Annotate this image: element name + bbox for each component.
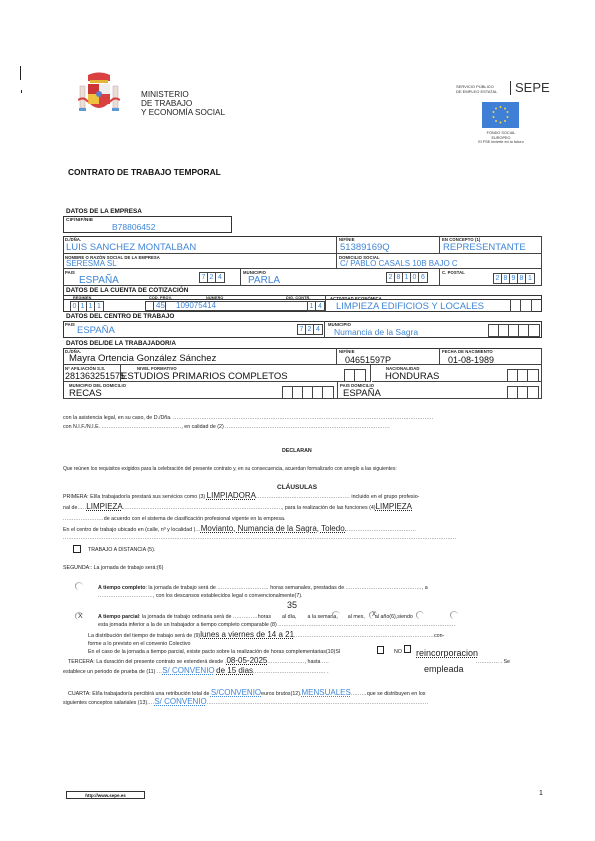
- dona-trabajador-field[interactable]: D./DÑA. Mayra Ortencia González Sánchez: [63, 348, 337, 365]
- digit: 8: [502, 274, 510, 283]
- ministry-name: MINISTERIO DE TRABAJO Y ECONOMÍA SOCIAL: [141, 90, 225, 117]
- primera-text: nal de: [63, 505, 77, 511]
- municipio-code-boxes: 2 8 1 0 6: [386, 272, 428, 283]
- field-label: NÚMERO: [206, 296, 223, 300]
- dotted-line: ........................................…: [63, 535, 456, 541]
- digit: 8: [395, 273, 403, 282]
- sepe-caption: SERVICIO PÚBLICO DE EMPLEO ESTATAL: [456, 84, 497, 94]
- field-value: ESTUDIOS PRIMARIOS COMPLETOS: [121, 371, 288, 382]
- field-value: SERESMA SL: [66, 259, 117, 268]
- sepe-line: DE EMPLEO ESTATAL: [456, 89, 497, 94]
- fse-caption: FONDO SOCIAL EUROPEO El FSE invierte en …: [478, 131, 524, 145]
- divider: [153, 301, 154, 311]
- digit: 8: [518, 274, 526, 283]
- cuarta-text: siguientes conceptos salariales (13): [63, 700, 147, 706]
- tercera-line1: TERCERA: La duración del presente contra…: [68, 656, 329, 665]
- cpostal-code-boxes: 2 8 9 8 1: [493, 273, 535, 284]
- eu-flag-icon: [482, 102, 519, 128]
- nif-asistencia-text: con N.I.F./N.I.E.: [63, 424, 100, 430]
- digit: 1: [79, 302, 87, 311]
- field-value: PARLA: [248, 275, 280, 286]
- margin-mark: [21, 90, 22, 93]
- digit: 0: [411, 273, 419, 282]
- paisdom-code-boxes: [507, 386, 539, 399]
- municipio-centro-field[interactable]: MUNICIPIO Numancia de la Sagra: [326, 321, 542, 338]
- ministry-line: DE TRABAJO: [141, 99, 225, 108]
- field-value: B78806452: [112, 222, 156, 232]
- fse-line: El FSE invierte en tu futuro: [478, 140, 524, 145]
- cif-field[interactable]: CIF/NIF/NIE B78806452: [63, 216, 232, 233]
- tercera-end: ............. . Se: [476, 659, 510, 665]
- field-label: CIF/NIF/NIE: [66, 218, 93, 223]
- centro-text: En el centro de trabajo ubicado en (call…: [63, 527, 195, 533]
- field-value: RECAS: [69, 388, 102, 399]
- nivel-formativo-field[interactable]: NIVEL FORMATIVO ESTUDIOS PRIMARIOS COMPL…: [121, 365, 371, 382]
- tercera-text: establece un periodo de prueba de (11): [63, 669, 155, 675]
- sepe-url-link[interactable]: http://www.sepe.es: [66, 791, 145, 799]
- parcial-line2: esta jornada inferior a la de un trabaja…: [98, 622, 455, 628]
- razon-social-field[interactable]: NOMBRE O RAZÓN SOCIAL DE LA EMPRESA SERE…: [63, 254, 337, 269]
- trabajo-distancia-label: TRABAJO A DISTANCIA (5).: [88, 547, 155, 553]
- fecha-hasta-value: reincorporacion: [416, 648, 478, 658]
- field-label: NIF/NIE: [339, 349, 355, 354]
- cpostal-field[interactable]: C. POSTAL 2 8 9 8 1: [440, 269, 542, 286]
- primera-text: ., para la realización de las funciones …: [280, 505, 375, 511]
- tiempo-completo-radio[interactable]: [75, 582, 83, 590]
- segunda-title: SEGUNDA:: La jornada de trabajo será:(6): [63, 565, 163, 571]
- cuenta-cotizacion-field[interactable]: RÉGIMEN 0 1 1 1 COD. PROV. 45 NÚMERO 109…: [63, 295, 326, 312]
- digit: 1: [87, 302, 95, 311]
- distribucion-text: con-: [434, 633, 444, 639]
- calidad-text: , en calidad de (2): [181, 424, 223, 430]
- nif-empresa-field[interactable]: NIF/NIE 51389169Q: [337, 236, 440, 254]
- checked-x-icon: X: [78, 613, 83, 620]
- retribucion-value: S/CONVENIO: [211, 688, 261, 697]
- field-value: LUIS SANCHEZ MONTALBAN: [66, 242, 196, 253]
- horas-value: 35: [287, 600, 297, 610]
- primera-line2: nal de.....LIMPIEZA.....................…: [63, 502, 412, 511]
- centro-value: Movianto, Numancia de la Sagra, Toledo.: [201, 524, 347, 533]
- coat-of-arms-icon: [78, 72, 120, 116]
- declaran-title: DECLARAN: [282, 448, 312, 454]
- parcial-line1: A tiempo parcial: la jornada de trabajo …: [98, 614, 413, 620]
- digit: 4: [316, 302, 324, 311]
- clausulas-title: CLÁUSULAS: [277, 484, 317, 491]
- pais-domicilio-field[interactable]: PAIS DOMICILIO ESPAÑA: [338, 382, 542, 399]
- completo-line2: ..............................., con los…: [98, 593, 303, 599]
- grupo-value: LIMPIEZA: [86, 502, 122, 511]
- pais-code-boxes: 7 2 4: [297, 324, 323, 335]
- cuarta-line2: siguientes conceptos salariales (13)....…: [63, 697, 428, 706]
- municipio-code-boxes: [488, 324, 540, 337]
- primera-line3: .......................de acuerdo con el…: [63, 516, 285, 522]
- cuarta-line1: CUARTA: El/la trabajador/a percibirá una…: [68, 688, 425, 697]
- periodo-pago-value: MENSUALES: [302, 688, 351, 697]
- ministry-line: MINISTERIO: [141, 90, 225, 99]
- declaran-text: Que reúnen los requisitos exigidos para …: [63, 466, 397, 472]
- regimen-code-boxes: 0 1 1 1: [70, 301, 104, 312]
- digit: 2: [387, 273, 395, 282]
- tercera-text: TERCERA: La duración del presente contra…: [68, 659, 223, 665]
- ministry-line: Y ECONOMÍA SOCIAL: [141, 108, 225, 117]
- al-anio-radio[interactable]: [450, 611, 458, 619]
- parcial-text: horas: [258, 614, 271, 620]
- sepe-logo: SEPE: [515, 80, 550, 95]
- field-value: ESPAÑA: [77, 325, 115, 336]
- tercera-text: . Se: [501, 659, 510, 665]
- numero-box: [145, 301, 325, 311]
- primera-text: PRIMERA: El/la trabajador/a prestará sus…: [63, 494, 205, 500]
- asistencia-text: con la asistencia legal, en su caso, de …: [63, 415, 172, 421]
- field-value: REPRESENTANTE: [443, 242, 526, 253]
- digit: 2: [306, 325, 314, 334]
- al-mes-radio[interactable]: [416, 611, 424, 619]
- completo-text: , a: [422, 585, 428, 591]
- primera-text: de acuerdo con el sistema de clasificaci…: [104, 516, 286, 522]
- fecha-nacimiento-field[interactable]: FECHA DE NACIMIENTO 01-08-1989: [440, 348, 542, 365]
- complementarias-si-checkbox[interactable]: [377, 646, 384, 654]
- actividad-code-boxes: [510, 299, 532, 312]
- convenio-text: forme a lo previsto en el convenio Colec…: [88, 641, 190, 647]
- parcial-text: esta jornada inferior a la de un trabaja…: [98, 622, 277, 628]
- completo-text: : la jornada de trabajo será de: [145, 585, 215, 591]
- actividad-economica-field[interactable]: ACTIVIDAD ECONÓMICA LIMPIEZA EDIFICIOS Y…: [328, 295, 542, 312]
- field-value: 281363251575: [65, 371, 125, 381]
- parcial-dia-label: al día,: [282, 614, 296, 620]
- pais-centro-field[interactable]: PAIS ESPAÑA 7 2 4: [63, 321, 325, 338]
- digit: 4: [216, 273, 224, 282]
- complementarias-no-checkbox[interactable]: [404, 645, 411, 653]
- digit: 2: [494, 274, 502, 283]
- municipio-empresa-field[interactable]: MUNICIPIO PARLA 2 8 1 0 6: [241, 269, 440, 286]
- parcial-text: : la jornada de trabajo ordinaria será d…: [139, 614, 231, 620]
- field-value: Numancia de la Sagra: [334, 327, 418, 337]
- field-label: FECHA DE NACIMIENTO: [442, 349, 493, 354]
- pais-code-boxes: 7 2 4: [199, 272, 225, 283]
- digit: 1: [95, 302, 103, 311]
- digit: 1: [526, 274, 534, 283]
- completo-line1: A tiempo completo: la jornada de trabajo…: [98, 585, 428, 591]
- periodo-prueba-value-2: de 15 dias: [216, 666, 253, 675]
- field-value: C/ PABLO CASALS 10B BAJO C: [340, 259, 458, 268]
- domicilio-social-field[interactable]: DOMICILIO SOCIAL C/ PABLO CASALS 10B BAJ…: [337, 254, 542, 269]
- digit: 1: [308, 302, 316, 311]
- trabajo-distancia-checkbox[interactable]: [73, 545, 81, 553]
- digit: 1: [403, 273, 411, 282]
- complementarias-no-label: NO: [394, 649, 402, 655]
- funciones-value: LIMPIEZA: [376, 502, 412, 511]
- complementarias-line: En el caso de la jornada a tiempo parcia…: [88, 649, 340, 655]
- digit: 9: [510, 274, 518, 283]
- field-value: LIMPIEZA EDIFICIOS Y LOCALES: [336, 301, 484, 312]
- parcial-anio-label: al año(6),siendo: [375, 614, 413, 620]
- field-value: 04651597P: [345, 355, 391, 365]
- field-label: COD. PROV.: [149, 296, 172, 300]
- section-title-cotizacion: DATOS DE LA CUENTA DE COTIZACIÓN: [66, 287, 188, 294]
- pais-empresa-field[interactable]: PAIS ESPAÑA 7 2 4: [63, 269, 241, 286]
- codprov-value: 45: [156, 301, 165, 310]
- field-value: Mayra Ortencia González Sánchez: [69, 353, 216, 364]
- field-value: ESPAÑA: [79, 275, 119, 286]
- checked-x-icon: X: [372, 612, 376, 618]
- margin-mark: [20, 66, 21, 80]
- fecha-hasta-value-line2: empleada: [424, 664, 464, 674]
- afiliacion-field[interactable]: Nº AFILIACIÓN S.S. 281363251575: [63, 365, 121, 382]
- distribucion-value: lunes a viernes de 14 a 21: [200, 630, 294, 639]
- conceptos-salariales-value: S/ CONVENIO: [154, 697, 206, 706]
- digit: 0: [71, 302, 79, 311]
- digit: 2: [208, 273, 216, 282]
- nacionalidad-code-boxes: [507, 369, 539, 382]
- digit: 7: [298, 325, 306, 334]
- asistencia-line: con la asistencia legal, en su caso, de …: [63, 415, 434, 421]
- field-value: 01-08-1989: [448, 355, 494, 365]
- completo-text: , con los descansos establecidos legal o…: [153, 593, 303, 599]
- puesto-value: LIMPIADORA: [207, 491, 256, 500]
- digcontr-code-boxes: 1 4: [307, 301, 325, 312]
- section-title-trabajador: DATOS DEL/DE LA TRABAJADOR/A: [66, 340, 176, 347]
- nif-asistencia-line: con N.I.F./N.I.E. ......................…: [63, 424, 390, 430]
- municipio-code-boxes: [282, 386, 334, 399]
- complementarias-text: En el caso de la jornada a tiempo parcia…: [88, 649, 340, 655]
- parcial-mes-label: al mes,: [348, 614, 365, 620]
- primera-line1: PRIMERA: El/la trabajador/a prestará sus…: [63, 491, 419, 500]
- tercera-line2: establece un periodo de prueba de (11) .…: [63, 666, 329, 675]
- field-label: DIG. CONTR.: [286, 296, 311, 300]
- fecha-desde-value: 08-05-2025: [226, 656, 267, 665]
- section-title-empresa: DATOS DE LA EMPRESA: [66, 208, 142, 215]
- parcial-bold: A tiempo parcial: [98, 614, 139, 620]
- field-value: ESPAÑA: [343, 388, 381, 399]
- field-value: 51389169Q: [340, 242, 390, 253]
- tercera-text: , hasta: [305, 659, 321, 665]
- page-number: 1: [539, 790, 543, 797]
- field-label: PAIS: [65, 270, 75, 275]
- nif-trabajador-field[interactable]: NIF/NIE 04651597P: [337, 348, 440, 365]
- divider: [510, 81, 511, 95]
- fse-line: FONDO SOCIAL EUROPEO: [478, 131, 524, 140]
- document-title: CONTRATO DE TRABAJO TEMPORAL: [68, 167, 221, 177]
- completo-text: horas semanales, prestadas de: [270, 585, 344, 591]
- nacionalidad-field[interactable]: NACIONALIDAD HONDURAS: [372, 365, 542, 382]
- digit: 7: [200, 273, 208, 282]
- field-label: C. POSTAL: [442, 270, 465, 275]
- dona-empresa-field[interactable]: D./DÑA. LUIS SANCHEZ MONTALBAN: [63, 236, 337, 254]
- field-value: HONDURAS: [385, 371, 439, 382]
- section-title-centro: DATOS DEL CENTRO DE TRABAJO: [66, 313, 174, 320]
- concepto-field[interactable]: EN CONCEPTO (1) REPRESENTANTE: [440, 236, 542, 254]
- digit: 4: [314, 325, 322, 334]
- field-label: PAIS: [65, 322, 75, 327]
- digit: 6: [419, 273, 427, 282]
- municipio-domicilio-field[interactable]: MUNICIPIO DEL DOMICILIO RECAS: [63, 382, 338, 399]
- completo-bold: A tiempo completo: [98, 585, 145, 591]
- periodo-prueba-value: S/ CONVENIO: [162, 666, 214, 675]
- numero-value: 109075414: [176, 301, 216, 310]
- al-dia-radio[interactable]: [332, 611, 340, 619]
- distribucion-text: La distribución del tiempo de trabajo se…: [88, 633, 200, 639]
- nivel-code-boxes: [344, 369, 366, 382]
- centro-line: En el centro de trabajo ubicado en (call…: [63, 524, 416, 533]
- primera-text: incluido en el grupo profesio-: [351, 494, 419, 500]
- divider: [165, 301, 166, 311]
- distribucion-line: La distribución del tiempo de trabajo se…: [88, 630, 444, 639]
- field-label: RÉGIMEN: [73, 296, 91, 300]
